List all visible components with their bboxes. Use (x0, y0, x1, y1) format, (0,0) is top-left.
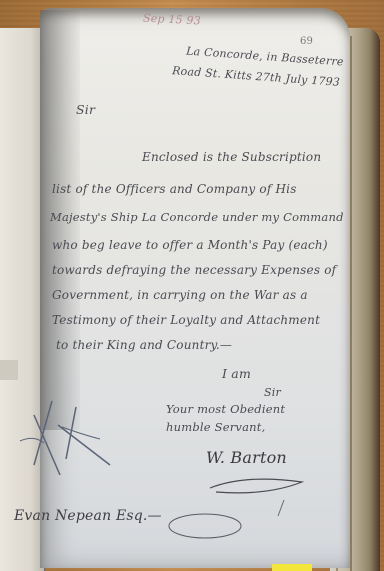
body-line-5: towards defraying the necessary Expenses… (52, 263, 336, 277)
closing-line-2: Sir (264, 386, 281, 399)
addressee-flourish (165, 508, 245, 548)
signature: W. Barton (206, 448, 287, 467)
body-line-2: list of the Officers and Company of His (52, 182, 297, 196)
left-facing-page (0, 28, 45, 571)
addressee: Evan Nepean Esq.— (14, 508, 162, 524)
body-line-8: to their King and Country.— (56, 338, 232, 352)
closing-line-3: Your most Obedient (166, 402, 285, 416)
closing-line-1: I am (222, 366, 251, 381)
pencil-cross-mark (14, 395, 124, 475)
body-line-1: Enclosed is the Subscription (142, 150, 321, 164)
body-line-6: Government, in carrying on the War as a (52, 288, 308, 302)
closing-line-4: humble Servant, (166, 420, 265, 434)
body-line-7: Testimony of their Loyalty and Attachmen… (52, 313, 320, 327)
salutation: Sir (76, 102, 95, 117)
body-line-4: who beg leave to offer a Month's Pay (ea… (52, 238, 328, 252)
folio-number: 69 (300, 36, 313, 47)
yellow-page-tab (272, 564, 312, 571)
left-page-fold (0, 360, 18, 380)
body-line-3: Majesty's Ship La Concorde under my Comm… (50, 210, 344, 224)
